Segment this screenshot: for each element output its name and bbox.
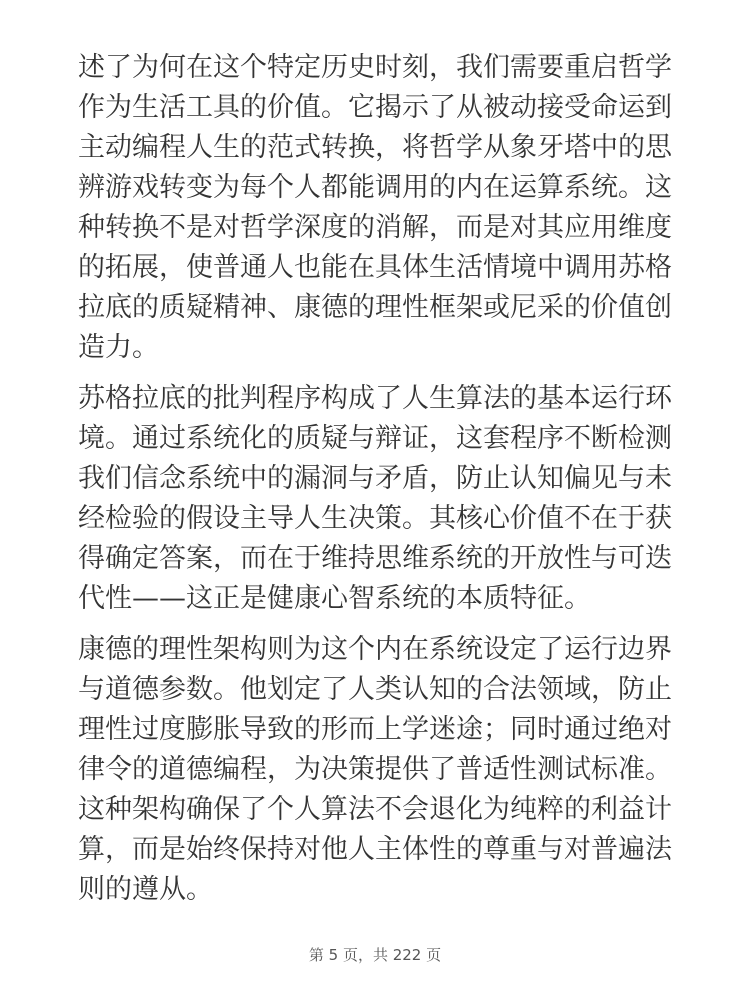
document-page: 述了为何在这个特定历史时刻，我们需要重启哲学作为生活工具的价值。它揭示了从被动接…	[0, 0, 750, 1000]
page-number-indicator: 第 5 页，共 222 页	[0, 946, 750, 964]
page-content: 述了为何在这个特定历史时刻，我们需要重启哲学作为生活工具的价值。它揭示了从被动接…	[78, 0, 672, 921]
body-paragraph-3: 康德的理性架构则为这个内在系统设定了运行边界与道德参数。他划定了人类认知的合法领…	[78, 630, 672, 910]
body-paragraph-2: 苏格拉底的批判程序构成了人生算法的基本运行环境。通过系统化的质疑与辩证，这套程序…	[78, 379, 672, 619]
body-paragraph-1: 述了为何在这个特定历史时刻，我们需要重启哲学作为生活工具的价值。它揭示了从被动接…	[78, 48, 672, 368]
